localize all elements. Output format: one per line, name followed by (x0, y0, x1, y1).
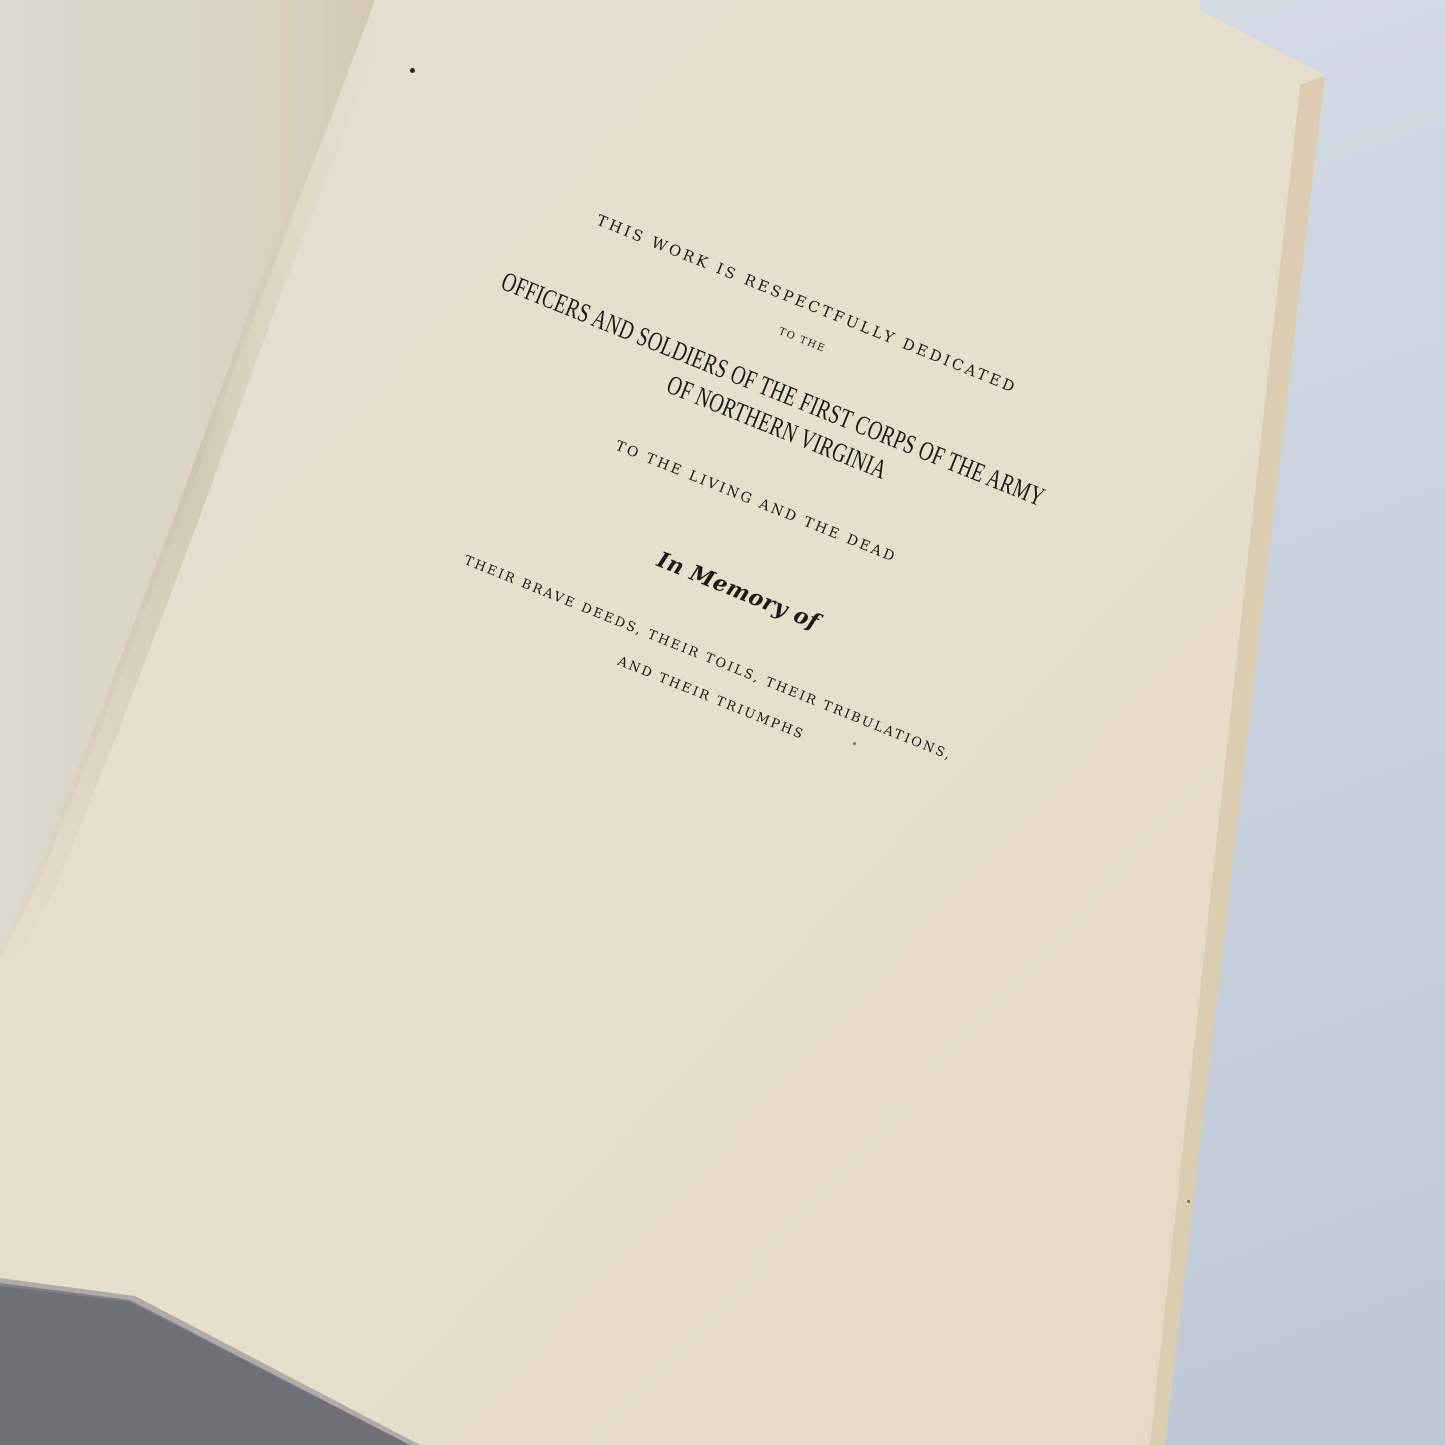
ink-speck (410, 68, 415, 73)
ink-speck (853, 742, 856, 745)
book-pages-illustration (0, 0, 1445, 1445)
ink-speck (1187, 1200, 1190, 1203)
